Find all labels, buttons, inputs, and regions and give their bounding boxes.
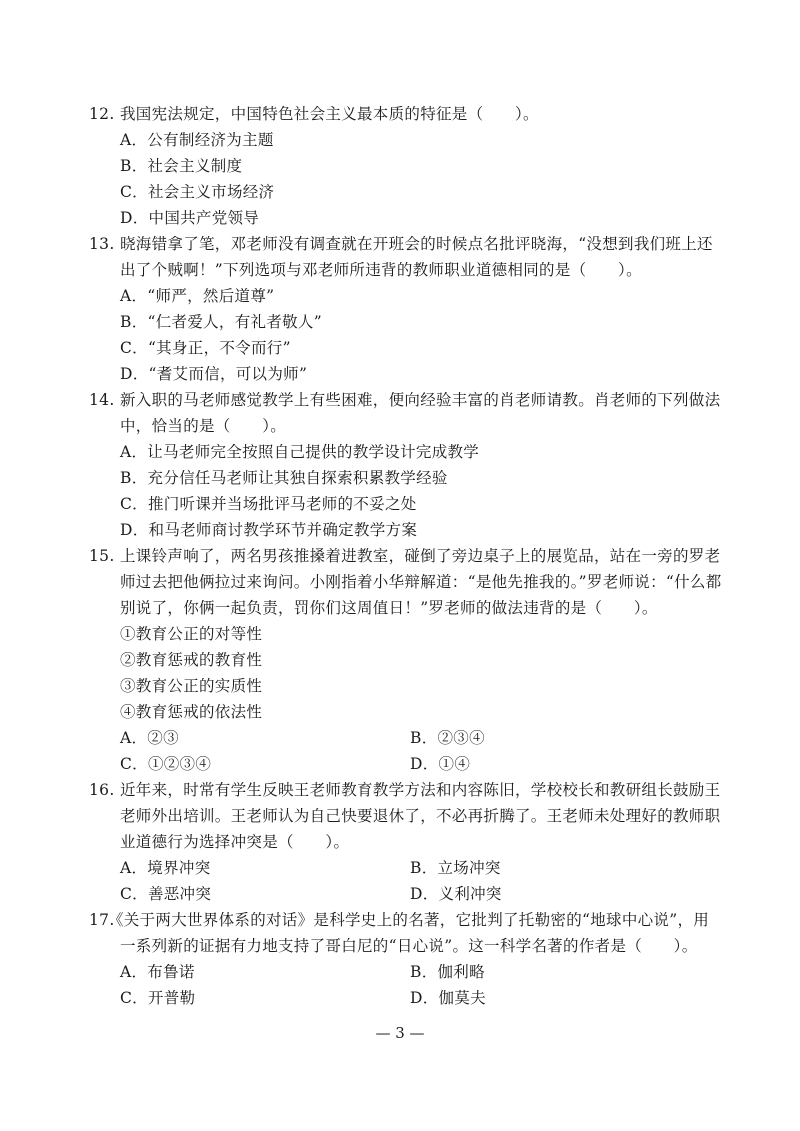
question-17-stem-line-2: 一系列新的证据有力地支持了哥白尼的“日心说”。这一科学名著的作者是（ ）。 [120,933,698,959]
question-17-option-b: B．伽利略 [410,959,485,985]
question-13-number: 13. [89,231,115,257]
question-14-option-b: B．充分信任马老师让其独自探索积累教学经验 [120,465,448,491]
question-13-stem-line-2: 出了个贼啊！”下列选项与邓老师所违背的教师职业道德相同的是（ ）。 [120,257,642,283]
question-16-stem-line-2: 老师外出培训。王老师认为自己快要退休了，不必再折腾了。王老师未处理好的教师职 [120,803,720,829]
question-14-option-a: A．让马老师完全按照自己提供的教学设计完成教学 [120,439,479,465]
question-13-option-a: A．“师严，然后道尊” [120,283,274,309]
exam-page: 12. 我国宪法规定，中国特色社会主义最本质的特征是（ ）。 A．公有制经济为主… [0,0,800,1131]
question-15-statement-2: ②教育惩戒的教育性 [120,647,262,673]
question-16-option-c: C．善恶冲突 [120,881,211,907]
question-12-option-d: D．中国共产党领导 [120,205,259,231]
question-14-option-d: D．和马老师商讨教学环节并确定教学方案 [120,517,417,543]
question-16-stem-line-3: 业道德行为选择冲突是（ ）。 [120,829,349,855]
question-15-statement-4: ④教育惩戒的依法性 [120,699,262,725]
question-12-stem: 我国宪法规定，中国特色社会主义最本质的特征是（ ）。 [120,101,539,127]
question-17-stem-line-1: 《关于两大世界体系的对话》是科学史上的名著，它批判了托勒密的“地球中心说”，用 [108,907,709,933]
question-12-option-c: C．社会主义市场经济 [120,179,274,205]
question-13-option-d: D．“耆艾而信，可以为师” [120,361,307,387]
question-15-option-a: A．②③ [120,725,179,751]
question-16-stem-line-1: 近年来，时常有学生反映王老师教育教学方法和内容陈旧，学校校长和教研组长鼓励王 [120,777,720,803]
question-17-option-c: C．开普勒 [120,985,195,1011]
question-14-option-c: C．推门听课并当场批评马老师的不妥之处 [120,491,417,517]
question-12-option-a: A．公有制经济为主题 [120,127,274,153]
question-17-option-a: A．布鲁诺 [120,959,195,985]
page-number: — 3 — [0,1024,800,1042]
question-16-number: 16. [89,777,115,803]
question-15-stem-line-1: 上课铃声响了，两名男孩推搡着进教室，碰倒了旁边桌子上的展览品，站在一旁的罗老 [120,543,720,569]
question-16-option-b: B．立场冲突 [410,855,501,881]
question-16-option-a: A．境界冲突 [120,855,211,881]
question-15-option-b: B．②③④ [410,725,485,751]
question-15-statement-1: ①教育公正的对等性 [120,621,262,647]
question-15-option-d: D．①④ [410,751,470,777]
question-12-number: 12. [89,101,115,127]
question-15-stem-line-2: 师过去把他俩拉过来询问。小刚指着小华辩解道：“是他先推我的。”罗老师说：“什么都 [120,569,722,595]
question-15-number: 15. [89,543,115,569]
question-13-option-c: C．“其身正，不令而行” [120,335,291,361]
question-13-option-b: B．“仁者爱人，有礼者敬人” [120,309,322,335]
question-14-number: 14. [89,387,115,413]
question-15-option-c: C．①②③④ [120,751,211,777]
question-15-stem-line-3: 别说了，你俩一起负责，罚你们这周值日！”罗老师的做法违背的是（ ）。 [120,595,658,621]
question-14-stem-line-1: 新入职的马老师感觉教学上有些困难，便向经验丰富的肖老师请教。肖老师的下列做法 [120,387,720,413]
question-17-option-d: D．伽莫夫 [410,985,486,1011]
question-14-stem-line-2: 中，恰当的是（ ）。 [120,413,286,439]
question-16-option-d: D．义利冲突 [410,881,502,907]
question-12-option-b: B．社会主义制度 [120,153,242,179]
question-15-statement-3: ③教育公正的实质性 [120,673,262,699]
question-13-stem-line-1: 晓海错拿了笔，邓老师没有调查就在开班会的时候点名批评晓海，“没想到我们班上还 [120,231,713,257]
